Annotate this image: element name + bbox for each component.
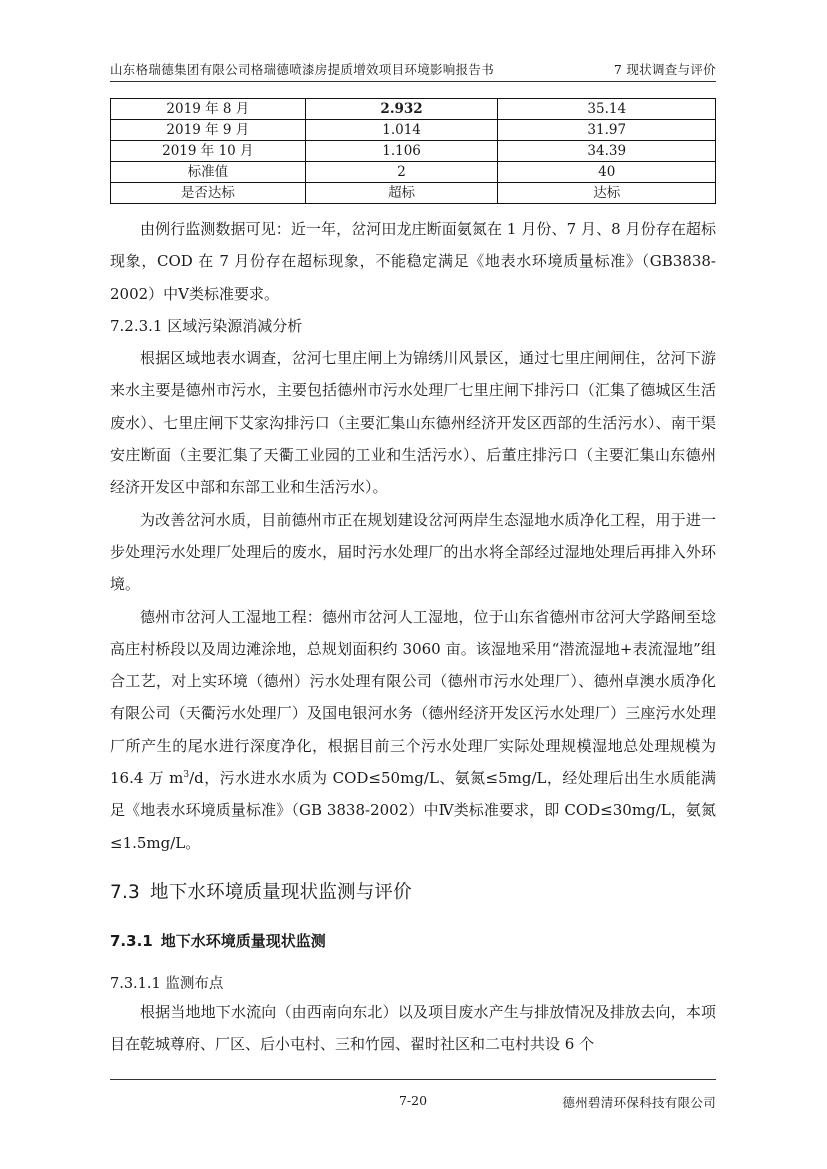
body-text-block-2: 根据当地地下水流向（由西南向东北）以及项目废水产生与排放情况及排放去向，本项目在… <box>110 996 716 1061</box>
heading-number: 7.3.1 <box>110 932 153 950</box>
page-footer: 7-20 德州碧清环保科技有限公司 <box>110 1079 716 1120</box>
paragraph-wetland-project: 德州市岔河人工湿地工程：德州市岔河人工湿地，位于山东省德州市岔河大学路闸至埝高庄… <box>110 601 716 859</box>
table-cell-label: 是否达标 <box>111 183 306 204</box>
heading-text: 地下水环境质量现状监测与评价 <box>150 882 412 903</box>
table-cell-ammonia: 2 <box>305 162 498 183</box>
table-cell-ammonia: 超标 <box>305 183 498 204</box>
table-cell-month: 2019 年 10 月 <box>111 141 306 162</box>
wetland-text-b: /d，污水进水水质为 COD≤50mg/L、氨氮≤5mg/L，经处理后出生水质能… <box>110 769 716 852</box>
table-cell-month: 2019 年 9 月 <box>111 120 306 141</box>
table-cell-ammonia: 1.014 <box>305 120 498 141</box>
table-row: 2019 年 8 月 2.932 35.14 <box>111 99 716 120</box>
heading-number: 7.3 <box>110 882 140 903</box>
paragraph-monitoring-layout: 根据当地地下水流向（由西南向东北）以及项目废水产生与排放情况及排放去向，本项目在… <box>110 996 716 1061</box>
section-heading-73: 7.3地下水环境质量现状监测与评价 <box>110 878 412 904</box>
table-cell-month: 2019 年 8 月 <box>111 99 306 120</box>
header-chapter-title: 7 现状调查与评价 <box>614 60 716 78</box>
table-cell-cod: 40 <box>498 162 716 183</box>
table-row: 2019 年 10 月 1.106 34.39 <box>111 141 716 162</box>
table-row-compliance: 是否达标 超标 达标 <box>111 183 716 204</box>
section-heading-7311: 7.3.1.1 监测布点 <box>110 972 223 993</box>
paragraph-pollution-sources: 根据区域地表水调查，岔河七里庄闸上为锦绣川风景区，通过七里庄闸闸住，岔河下游来水… <box>110 342 716 503</box>
wetland-text-a: 德州市岔河人工湿地工程：德州市岔河人工湿地，位于山东省德州市岔河大学路闸至埝高庄… <box>110 608 716 787</box>
section-heading-731: 7.3.1地下水环境质量现状监测 <box>110 930 326 951</box>
table-cell-cod: 35.14 <box>498 99 716 120</box>
table-cell-ammonia: 1.106 <box>305 141 498 162</box>
table-cell-cod: 达标 <box>498 183 716 204</box>
table-row-standard: 标准值 2 40 <box>111 162 716 183</box>
body-text-block: 由例行监测数据可见：近一年，岔河田龙庄断面氨氮在 1 月份、7 月、8 月份存在… <box>110 213 716 859</box>
table-cell-cod: 34.39 <box>498 141 716 162</box>
table-cell-ammonia: 2.932 <box>305 99 498 120</box>
section-heading-7231: 7.2.3.1 区域污染源消减分析 <box>110 310 716 342</box>
paragraph-monitoring-summary: 由例行监测数据可见：近一年，岔河田龙庄断面氨氮在 1 月份、7 月、8 月份存在… <box>110 213 716 310</box>
table-cell-cod: 31.97 <box>498 120 716 141</box>
page-header: 山东格瑞德集团有限公司格瑞德喷漆房提质增效项目环境影响报告书 7 现状调查与评价 <box>110 58 716 82</box>
heading-text: 地下水环境质量现状监测 <box>161 932 326 950</box>
paragraph-improvement-plan: 为改善岔河水质，目前德州市正在规划建设岔河两岸生态湿地水质净化工程，用于进一步处… <box>110 504 716 601</box>
monitoring-data-table: 2019 年 8 月 2.932 35.14 2019 年 9 月 1.014 … <box>110 98 716 204</box>
table-cell-label: 标准值 <box>111 162 306 183</box>
header-report-title: 山东格瑞德集团有限公司格瑞德喷漆房提质增效项目环境影响报告书 <box>110 60 494 78</box>
footer-company-name: 德州碧清环保科技有限公司 <box>562 1093 716 1111</box>
table-row: 2019 年 9 月 1.014 31.97 <box>111 120 716 141</box>
